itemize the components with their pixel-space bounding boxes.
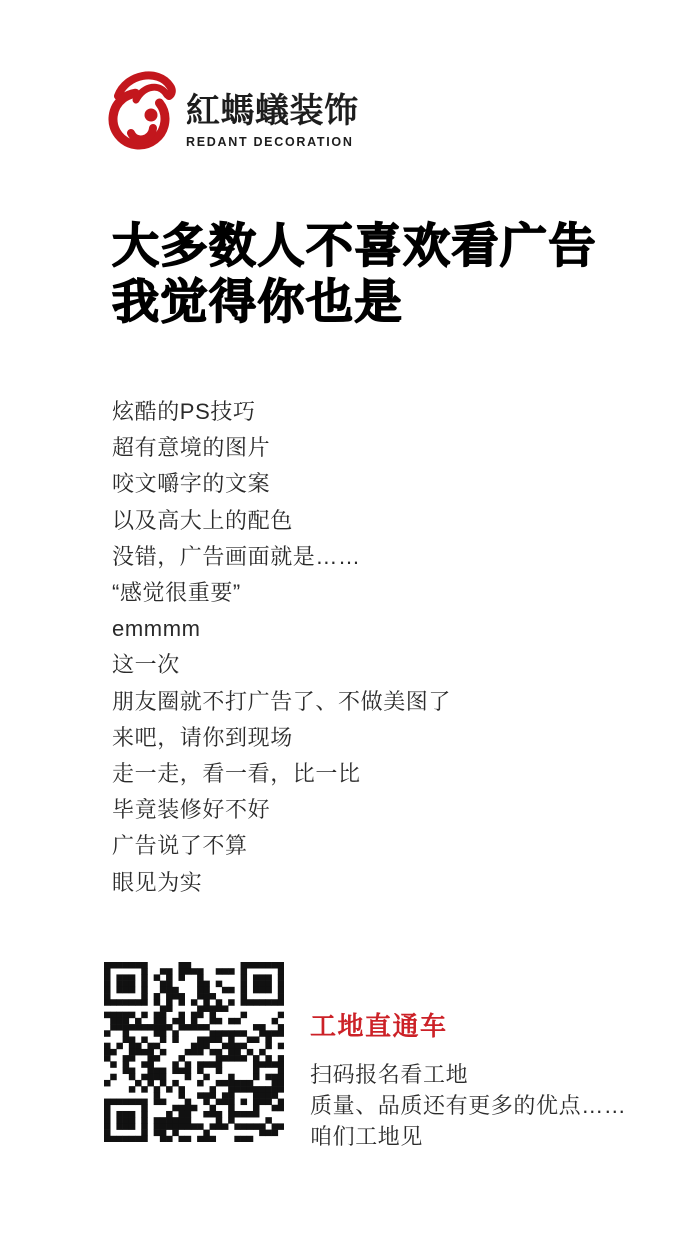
body-line: 没错，广告画面就是……: [112, 539, 451, 575]
redant-ant-icon: [106, 70, 180, 150]
body-line: 以及高大上的配色: [112, 503, 451, 539]
headline-line1: 大多数人不喜欢看广告: [112, 218, 597, 274]
body-line: 超有意境的图片: [112, 430, 451, 466]
body-line: “感觉很重要”: [112, 575, 451, 611]
brand-logo-text: 紅螞蟻装饰 REDANT DECORATION: [186, 94, 359, 149]
body-line: 来吧，请你到现场: [112, 720, 451, 756]
footer-line: 咱们工地见: [310, 1121, 626, 1152]
footer-lines: 扫码报名看工地质量、品质还有更多的优点……咱们工地见: [310, 1059, 626, 1152]
footer-line: 质量、品质还有更多的优点……: [310, 1090, 626, 1121]
body-line: 走一走，看一看，比一比: [112, 756, 451, 792]
body-line: 眼见为实: [112, 865, 451, 901]
footer-title: 工地直通车: [310, 1006, 626, 1043]
qr-code: [104, 962, 284, 1142]
body-line: 咬文嚼字的文案: [112, 466, 451, 502]
body-line: 朋友圈就不打广告了、不做美图了: [112, 684, 451, 720]
brand-name-zh: 紅螞蟻装饰: [186, 94, 359, 130]
body-copy: 炫酷的PS技巧超有意境的图片咬文嚼字的文案以及高大上的配色没错，广告画面就是………: [112, 394, 451, 901]
footer-line: 扫码报名看工地: [310, 1059, 626, 1090]
body-line: 毕竟装修好不好: [112, 792, 451, 828]
poster-page: 紅螞蟻装饰 REDANT DECORATION 大多数人不喜欢看广告 我觉得你也…: [0, 0, 700, 1244]
body-line: 广告说了不算: [112, 828, 451, 864]
brand-name-en: REDANT DECORATION: [186, 135, 359, 149]
headline-line2: 我觉得你也是: [112, 274, 597, 330]
footer-info: 工地直通车 扫码报名看工地质量、品质还有更多的优点……咱们工地见: [310, 1006, 626, 1152]
brand-logo: 紅螞蟻装饰 REDANT DECORATION: [106, 70, 359, 150]
headline: 大多数人不喜欢看广告 我觉得你也是: [112, 218, 597, 330]
body-line: 炫酷的PS技巧: [112, 394, 451, 430]
body-line: 这一次: [112, 647, 451, 683]
body-line: emmmm: [112, 611, 451, 647]
